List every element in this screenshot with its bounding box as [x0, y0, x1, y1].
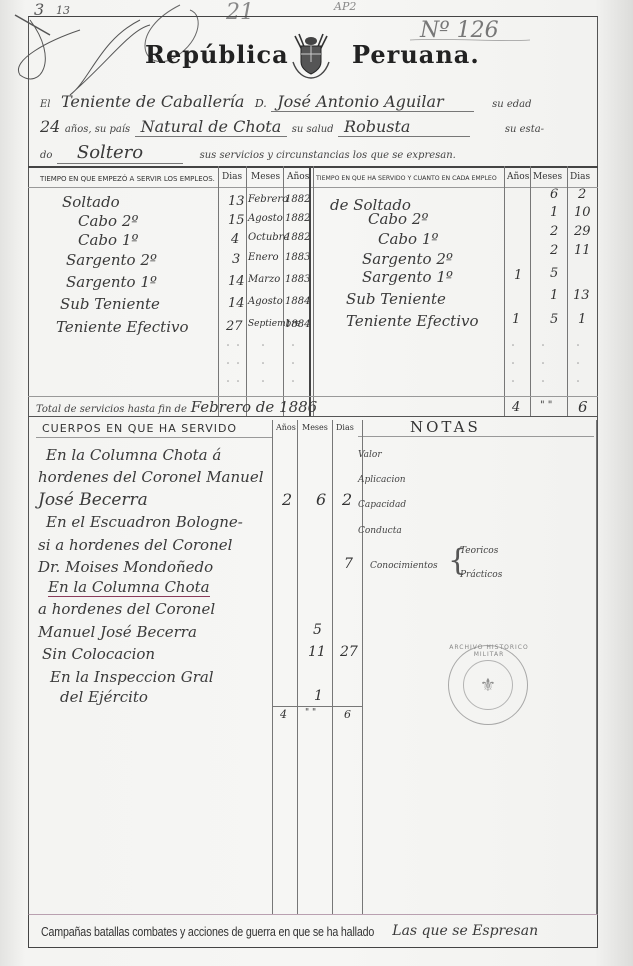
employment-anos: 1882 [285, 194, 310, 205]
total-dias: 6 [578, 398, 588, 416]
employment-meses: Agosto [248, 213, 283, 224]
service-rank: Sub Teniente [346, 290, 446, 308]
corps-line: Sin Colocacion [42, 645, 155, 663]
archive-stamp: ARCHIVO HISTÓRICO MILITAR ⚜ [448, 645, 528, 725]
total-anos: 4 [512, 400, 520, 415]
employment-rank: Sargento 1º [66, 273, 157, 291]
employment-meses: Agosto [248, 296, 283, 307]
col-divider [297, 420, 298, 914]
employment-meses: Octubre [248, 232, 289, 243]
service-rank: Sargento 2º [362, 250, 453, 268]
col-header-dias-2: Dias [570, 172, 590, 182]
employment-dias: 14 [228, 274, 245, 289]
service-anos: 1 [514, 268, 522, 283]
note-capacidad: Capacidad [358, 500, 406, 510]
col-header-meses-2: Meses [533, 172, 562, 182]
service-rank: Cabo 2º [368, 210, 428, 228]
corps-meses: 1 [314, 688, 323, 704]
intro-line-2: 24 años, su país Natural de Chota su sal… [40, 117, 544, 136]
employment-rank: Cabo 2º [78, 212, 138, 230]
name-field: José Antonio Aguilar [271, 92, 473, 112]
employment-anos: 1882 [285, 232, 310, 243]
employment-anos: 1883 [285, 252, 310, 263]
corps-line: José Becerra [38, 490, 148, 510]
corps-meses: 6 [316, 490, 326, 509]
notes-header-line [358, 436, 594, 437]
col-divider [272, 420, 273, 914]
corps-meses: 5 [313, 622, 322, 638]
col-header-meses: Meses [251, 172, 280, 182]
total-date: Febrero de 1886 [191, 398, 318, 416]
campaigns-value: Las que se Espresan [392, 923, 538, 939]
dotted-filler [218, 335, 598, 395]
campaigns-label: Campañas batallas combates y acciones de… [41, 924, 374, 939]
service-dias: 10 [574, 205, 591, 220]
service-meses: 1 [550, 288, 558, 303]
employment-rank: Teniente Efectivo [56, 318, 189, 336]
corps-anos: 2 [282, 490, 292, 509]
service-rank: Teniente Efectivo [346, 312, 479, 330]
title-republica: República [145, 40, 289, 69]
service-meses: 2 [550, 224, 558, 239]
campaigns-footer: Campañas batallas combates y acciones de… [28, 914, 598, 948]
corps-line: Manuel José Becerra [38, 623, 197, 641]
don-label: D. [255, 97, 267, 110]
service-meses: 1 [550, 205, 558, 220]
service-dias: 2 [578, 187, 586, 202]
corps-col-meses: Meses [302, 423, 328, 432]
corps-header-line [36, 437, 272, 438]
country-label: años, su país [65, 124, 130, 135]
employment-anos: 1884 [285, 296, 310, 307]
health-label: su salud [292, 124, 334, 135]
service-dias: 11 [574, 243, 591, 258]
note-practicos: Prácticos [460, 570, 502, 580]
corps-col-dias: Dias [336, 423, 354, 432]
corps-total-line [272, 706, 362, 707]
note-teoricos: Teoricos [460, 546, 498, 556]
service-meses: 5 [550, 266, 558, 281]
employment-dias: 27 [226, 319, 243, 334]
age-field: 24 [40, 117, 60, 136]
corps-col-anos: Años [276, 423, 296, 432]
note-conducta: Conducta [358, 526, 402, 536]
corps-table-header: CUERPOS EN QUE HA SERVIDO [42, 422, 237, 435]
employment-meses: Febrero [248, 194, 288, 205]
employment-rank: Sargento 2º [66, 251, 157, 269]
corps-meses: 11 [308, 644, 326, 660]
intro-prefix: El [40, 99, 51, 110]
age-label: su edad [492, 99, 531, 110]
corps-line: En la Columna Chota [48, 578, 210, 597]
employment-anos: 1884 [285, 319, 310, 330]
estado-label: su esta- [505, 124, 544, 135]
corps-line: a hordenes del Coronel [38, 600, 215, 618]
stamp-coat-of-arms-icon: ⚜ [463, 660, 513, 710]
corps-total-dias: 6 [344, 708, 351, 721]
corps-dias: 7 [344, 556, 353, 572]
corps-line: del Ejército [60, 688, 148, 706]
service-meses: 5 [550, 312, 558, 327]
total-meses: " " [540, 400, 552, 411]
employment-dias: 4 [231, 232, 239, 247]
col-divider [596, 420, 597, 914]
origin-field: Natural de Chota [135, 117, 288, 137]
employment-anos: 1882 [285, 213, 310, 224]
employment-rank: Sub Teniente [60, 295, 160, 313]
service-rank: Sargento 1º [362, 268, 453, 286]
employment-rank: Cabo 1º [78, 231, 138, 249]
total-services-line: Total de servicios hasta fin de Febrero … [36, 398, 317, 416]
col-header-dias: Dias [222, 172, 242, 182]
corps-line: hordenes del Coronel Manuel [38, 468, 264, 486]
health-field: Robusta [338, 117, 470, 137]
service-table-header: TIEMPO EN QUE HA SERVIDO Y CUANTO EN CAD… [316, 175, 497, 182]
employment-table-header: TIEMPO EN QUE EMPEZÓ A SERVIR LOS EMPLEO… [40, 175, 215, 183]
note-conocimientos: Conocimientos [370, 561, 438, 571]
corps-line: En la Inspeccion Gral [50, 668, 214, 686]
service-dias: 13 [573, 288, 590, 303]
lower-section-border [28, 416, 598, 417]
col-header-anos: Años [287, 172, 309, 182]
intro-line-1: El Teniente de Caballería D. José Antoni… [40, 92, 532, 111]
service-anos: 1 [512, 312, 520, 327]
service-rank: Cabo 1º [378, 230, 438, 248]
document-sheet: 3 13 21 AP2 Nº 126 República Peruana. El… [0, 0, 633, 966]
title-peruana: Peruana. [352, 40, 480, 69]
estado-field: Soltero [57, 142, 183, 164]
coat-of-arms-icon [285, 28, 337, 82]
rank-field: Teniente de Caballería [55, 92, 250, 111]
employment-meses: Enero [248, 252, 278, 263]
note-aplicacion: Aplicacion [358, 475, 406, 485]
col-divider [362, 420, 363, 914]
employment-dias: 15 [228, 213, 245, 228]
corps-line: En la Columna Chota á [46, 446, 221, 464]
employment-meses: Marzo [248, 274, 280, 285]
total-label: Total de servicios hasta fin de [36, 404, 187, 415]
corps-dias: 27 [340, 644, 358, 660]
total-divider [28, 396, 598, 397]
service-dias: 1 [578, 312, 586, 327]
service-meses: 6 [550, 187, 558, 202]
intro-line-3: do Soltero sus servicios y circunstancia… [40, 142, 456, 163]
corps-total-meses: " " [305, 708, 316, 718]
col-header-anos-2: Años [507, 172, 529, 182]
corps-total-anos: 4 [280, 708, 287, 721]
employment-anos: 1883 [285, 274, 310, 285]
employment-dias: 3 [232, 252, 240, 267]
employment-dias: 14 [228, 296, 245, 311]
corps-line: En el Escuadron Bologne- [46, 513, 243, 531]
corps-dias: 2 [342, 490, 352, 509]
notes-title: NOTAS [410, 418, 481, 436]
employment-rank: Soltado [62, 193, 120, 211]
stamp-text: ARCHIVO HISTÓRICO MILITAR [449, 644, 529, 658]
note-valor: Valor [358, 450, 382, 460]
estado-prefix: do [40, 150, 52, 161]
service-dias: 29 [574, 224, 591, 239]
corps-line: si a hordenes del Coronel [38, 536, 232, 554]
intro-suffix: sus servicios y circunstancias los que s… [200, 150, 456, 161]
employment-dias: 13 [228, 194, 245, 209]
service-meses: 2 [550, 243, 558, 258]
col-divider [332, 420, 333, 914]
corps-line: Dr. Moises Mondoñedo [38, 558, 213, 576]
